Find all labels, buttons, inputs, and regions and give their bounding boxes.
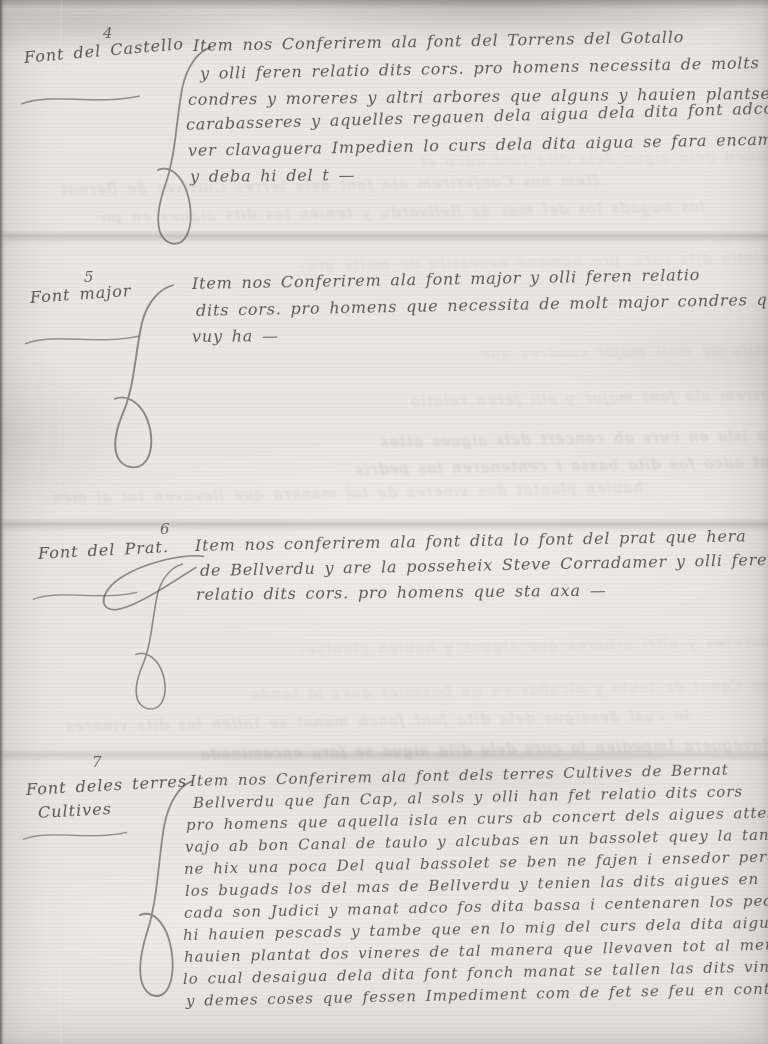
top-edge-shadow <box>0 0 768 9</box>
text-line: de Bellverdu y are la posseheix Steve Co… <box>200 550 768 580</box>
manuscript-page: carabasseres y aquelles regauen dela aig… <box>0 0 768 1044</box>
section-number: 7 <box>92 753 102 771</box>
text-line: Item nos Conferirem ala font del Torrens… <box>193 27 684 55</box>
text-line: y olli feren relatio dits cors. pro home… <box>200 52 768 83</box>
bleedthrough-line: hauien plantat dos vineres de tal manera… <box>45 479 643 507</box>
bleedthrough-line: condres y moreres y altri arbores que al… <box>300 631 768 659</box>
initial-flourish-tail <box>120 560 200 715</box>
text-line: y deba hi del t — <box>190 165 355 186</box>
initial-flourish <box>95 280 195 475</box>
bleedthrough-line: Item nos Conferirem ala font major y oll… <box>410 384 768 411</box>
text-line: vuy ha — <box>192 326 279 346</box>
text-line: Item nos Conferirem ala font major y oll… <box>192 265 700 293</box>
section-number: 6 <box>160 520 170 538</box>
bleedthrough-line: pro homens que aquella isla en curs ab c… <box>380 423 768 451</box>
bleedthrough-line: dits cors. pro homens que necessita de m… <box>480 335 768 363</box>
label-underline-flourish <box>20 824 130 846</box>
text-line: relatio dits cors. pro homens que sta ax… <box>196 581 607 604</box>
bleedthrough-line: vajo ab bon Canal de taulo y alcubas en … <box>250 675 768 704</box>
margin-label: Cultives <box>38 799 113 822</box>
horizontal-crease <box>0 230 768 244</box>
bleedthrough-line: cada son Judici y manat adco fos dita ba… <box>355 450 768 479</box>
text-line: dits cors. pro homens que necessita de m… <box>196 290 768 320</box>
label-underline-flourish <box>18 88 143 110</box>
